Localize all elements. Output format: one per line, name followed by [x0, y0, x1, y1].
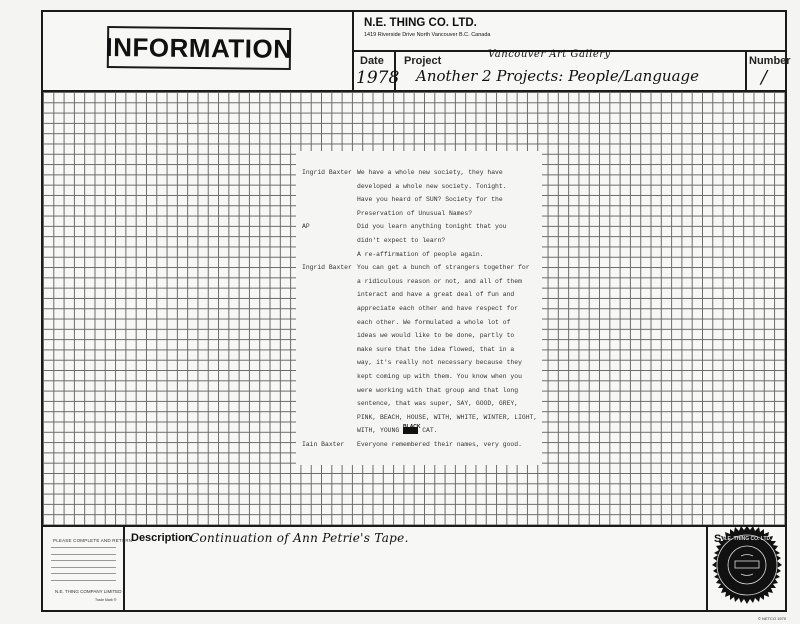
line-text: interact and have a great deal of fun an… [357, 288, 514, 302]
transcript-line: didn't expect to learn? [296, 234, 542, 248]
line-text: Have you heard of SUN? Society for the [357, 193, 503, 207]
return-address-line[interactable] [51, 580, 116, 581]
return-address-line[interactable] [51, 554, 116, 555]
line-text: didn't expect to learn? [357, 234, 445, 248]
return-address-line[interactable] [51, 547, 116, 548]
date-value[interactable]: 1978 [356, 68, 399, 88]
trademark: Trade Mark ® [95, 598, 116, 602]
speaker: Ingrid Baxter [302, 261, 352, 275]
transcript-line: kept coming up with them. You know when … [296, 370, 542, 384]
transcript-line-edited: WITH, YOUNG BLACKPINK CAT. [296, 424, 542, 438]
number-divider [745, 50, 747, 92]
transcript-line: Preservation of Unusual Names? [296, 207, 542, 221]
speaker: Iain Baxter [302, 438, 344, 452]
line-text-prefix: WITH, YOUNG [357, 427, 403, 434]
form-bottom-border [41, 610, 787, 612]
line-text: A re-affirmation of people again. [357, 248, 484, 262]
project-venue[interactable]: Vancouver Art Gallery [488, 49, 611, 60]
transcript-line: Ingrid BaxterWe have a whole new society… [296, 166, 542, 180]
transcript-line: appreciate each other and have respect f… [296, 302, 542, 316]
line-text: kept coming up with them. You know when … [357, 370, 522, 384]
transcript-line: A re-affirmation of people again. [296, 248, 542, 262]
line-text: Preservation of Unusual Names? [357, 207, 472, 221]
transcript-line: each other. We formulated a whole lot of [296, 316, 542, 330]
speaker: AP [302, 220, 310, 234]
date-label: Date [360, 55, 384, 67]
transcript-line: ideas we would like to be done, partly t… [296, 329, 542, 343]
line-text: ideas we would like to be done, partly t… [357, 329, 514, 343]
number-label: Number [749, 55, 791, 67]
project-label: Project [404, 55, 441, 67]
line-text: Did you learn anything tonight that you [357, 220, 507, 234]
return-title: PLEASE COMPLETE AND RETURN [53, 538, 132, 543]
return-company: N.E. THING COMPANY LIMITED [55, 589, 122, 594]
line-text: each other. We formulated a whole lot of [357, 316, 510, 330]
speaker: Ingrid Baxter [302, 166, 352, 180]
transcript-line: way, it's really not necessary because t… [296, 356, 542, 370]
transcript-line: APDid you learn anything tonight that yo… [296, 220, 542, 234]
line-text: We have a whole new society, they have [357, 166, 503, 180]
copyright: © NETCO 1970 [758, 616, 786, 621]
line-text: Everyone remembered their names, very go… [357, 438, 522, 452]
number-value[interactable]: / [761, 67, 767, 88]
line-text: sentence, that was super, SAY, GOOD, GRE… [357, 397, 518, 411]
company-address: 1419 Riverside Drive North Vancouver B.C… [364, 32, 490, 38]
transcript-paper: Ingrid BaxterWe have a whole new society… [296, 151, 542, 465]
return-address-line[interactable] [51, 560, 116, 561]
transcript-line: a ridiculous reason or not, and all of t… [296, 275, 542, 289]
transcript-line: interact and have a great deal of fun an… [296, 288, 542, 302]
description-label: Description [131, 532, 192, 544]
line-text: make sure that the idea flowed, that in … [357, 343, 514, 357]
return-address-line[interactable] [51, 573, 116, 574]
project-name[interactable]: Another 2 Projects: People/Language [416, 67, 699, 85]
transcript-line: Iain BaxterEveryone remembered their nam… [296, 438, 542, 452]
transcript-line: developed a whole new society. Tonight. [296, 180, 542, 194]
information-title: INFORMATION [107, 26, 291, 70]
return-address-line[interactable] [51, 567, 116, 568]
company-name: N.E. THING CO. LTD. [364, 17, 477, 29]
transcript-line: Have you heard of SUN? Society for the [296, 193, 542, 207]
line-text: developed a whole new society. Tonight. [357, 180, 507, 194]
line-text: a ridiculous reason or not, and all of t… [357, 275, 522, 289]
company-seal-icon: N.E. THING CO. LTD. [707, 525, 787, 605]
transcript-line: make sure that the idea flowed, that in … [296, 343, 542, 357]
transcript-line: sentence, that was super, SAY, GOOD, GRE… [296, 397, 542, 411]
line-text: You can get a bunch of strangers togethe… [357, 261, 530, 275]
transcript-line: were working with that group and that lo… [296, 384, 542, 398]
description-value[interactable]: Continuation of Ann Petrie's Tape. [190, 531, 409, 545]
svg-text:N.E. THING CO. LTD.: N.E. THING CO. LTD. [722, 536, 772, 542]
line-text: were working with that group and that lo… [357, 384, 518, 398]
line-text: appreciate each other and have respect f… [357, 302, 518, 316]
line-text-suffix: CAT. [418, 427, 437, 434]
transcript-line: Ingrid BaxterYou can get a bunch of stra… [296, 261, 542, 275]
footer-top-border [41, 525, 787, 527]
handwritten-correction: BLACK [403, 421, 421, 435]
line-text: way, it's really not necessary because t… [357, 356, 522, 370]
line-text: PINK, BEACH, HOUSE, WITH, WHITE, WINTER,… [357, 411, 537, 425]
